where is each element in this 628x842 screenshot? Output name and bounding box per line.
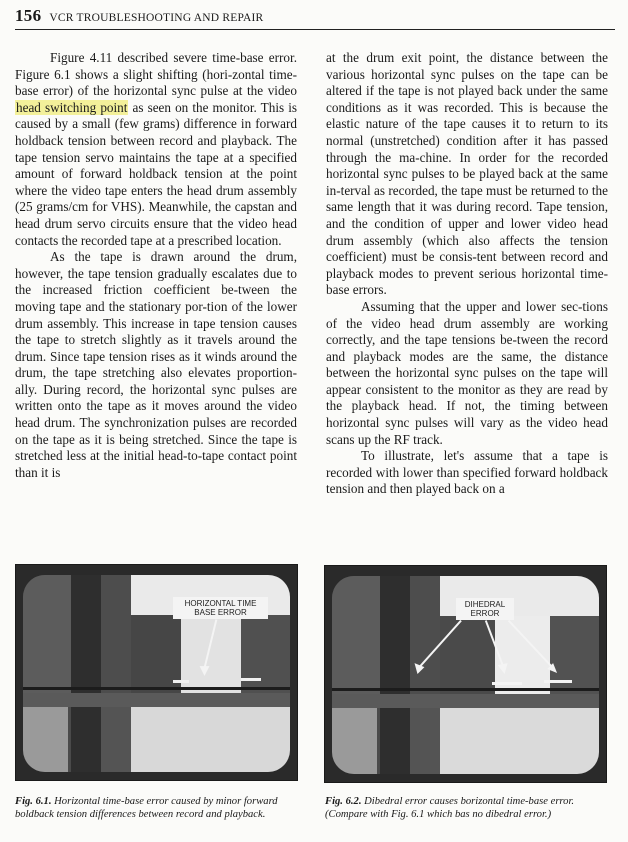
paragraph: To illustrate, let's assume that a tape … xyxy=(326,448,608,498)
page-number: 156 xyxy=(15,6,41,26)
right-column: at the drum exit point, the distance bet… xyxy=(326,50,608,498)
running-head: 156 VCR TROUBLESHOOTING AND REPAIR xyxy=(15,6,615,30)
left-column: Figure 4.11 described severe time-base e… xyxy=(15,50,297,481)
monitor-screen: HORIZONTAL TIME BASE ERROR xyxy=(23,575,290,772)
caption-text: Horizontal time-base error caused by min… xyxy=(15,796,278,820)
figure-6-2-monitor-photo: DIHEDRAL ERROR xyxy=(324,565,607,783)
figure-6-1-caption: Fig. 6.1. Horizontal time-base error cau… xyxy=(15,795,295,821)
paragraph: As the tape is drawn around the drum, ho… xyxy=(15,249,297,481)
caption-label: Fig. 6.1. xyxy=(15,796,52,807)
figure-6-2-caption: Fig. 6.2. Dibedral error causes borizont… xyxy=(325,795,605,821)
caption-label: Fig. 6.2. xyxy=(325,796,362,807)
paragraph-text: Figure 4.11 described severe time-base e… xyxy=(15,50,297,98)
book-title: VCR TROUBLESHOOTING AND REPAIR xyxy=(49,12,263,24)
figure-6-1-monitor-photo: HORIZONTAL TIME BASE ERROR xyxy=(15,564,298,781)
paragraph-text: as seen on the monitor. This is caused b… xyxy=(15,100,297,248)
arrow-icon xyxy=(23,575,290,772)
paragraph: at the drum exit point, the distance bet… xyxy=(326,50,608,299)
highlighted-term[interactable]: head switching point xyxy=(15,100,128,115)
arrow-icon xyxy=(332,576,599,774)
paragraph: Assuming that the upper and lower sec-ti… xyxy=(326,299,608,448)
caption-text: Dibedral error causes borizontal time-ba… xyxy=(325,796,574,820)
monitor-screen: DIHEDRAL ERROR xyxy=(332,576,599,774)
paragraph: Figure 4.11 described severe time-base e… xyxy=(15,50,297,249)
